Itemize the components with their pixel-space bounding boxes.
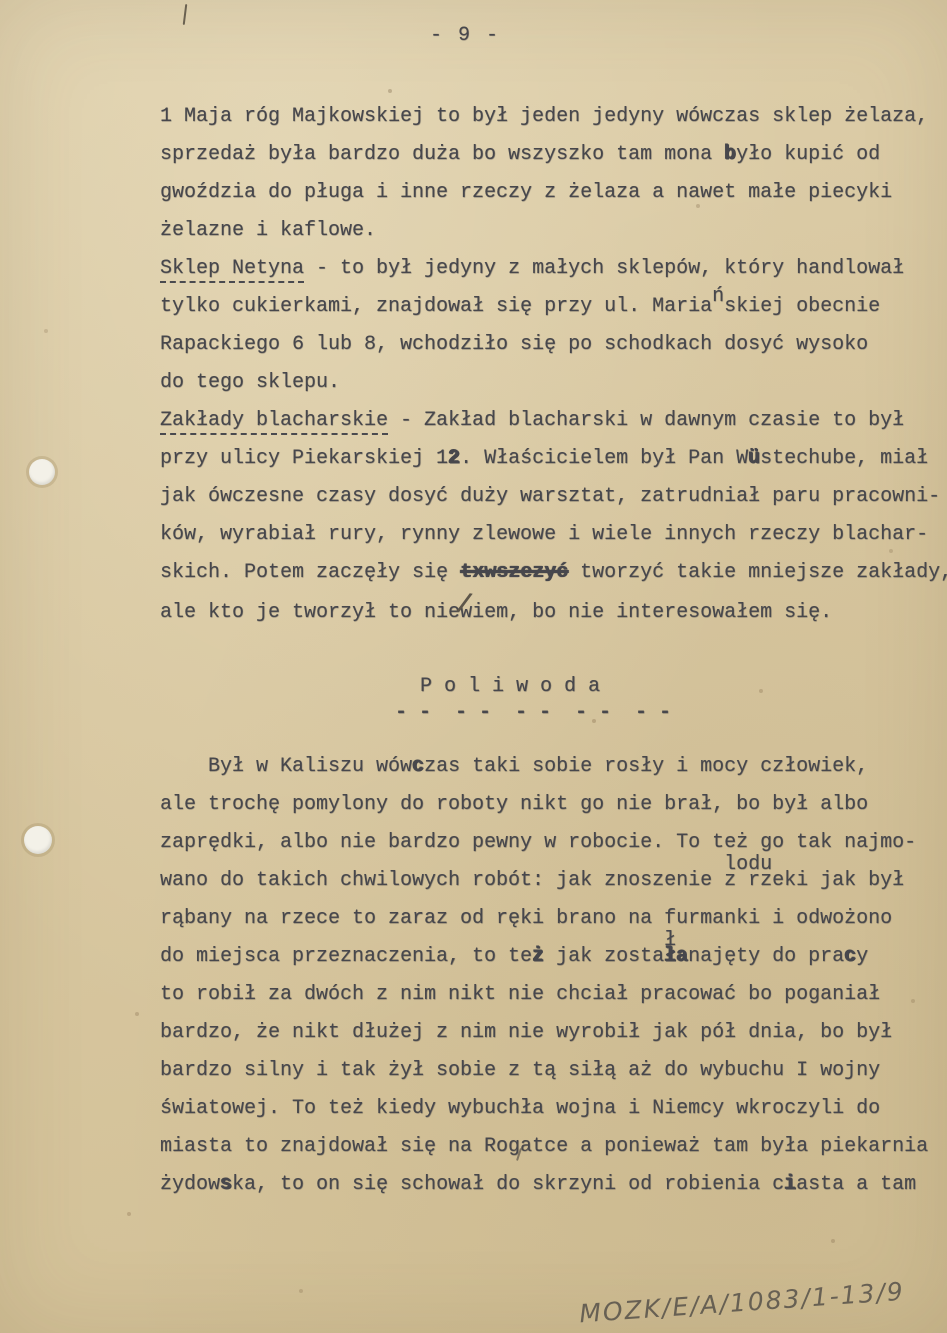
blot-text: c: [412, 755, 424, 778]
hole-punch-bottom: [24, 826, 52, 854]
text-segment: do tego sklepu.: [160, 371, 340, 394]
sup-text: ń: [712, 285, 724, 308]
typed-line: sprzedaż była bardzo duża bo wszyszko ta…: [160, 136, 947, 174]
text-segment: - Zakład blacharski w dawnym czasie to b…: [388, 409, 904, 432]
text-segment: to robił za dwóch z nim nikt nie chciał …: [160, 983, 880, 1006]
text-segment: najęty do pra: [688, 945, 844, 968]
text-segment: - to był jedyny z małych sklepów, który …: [304, 257, 904, 280]
text-segment: żydow: [160, 1173, 220, 1196]
typed-line: światowej. To też kiedy wybuchła wojna i…: [160, 1090, 928, 1128]
text-segment: wiem, bo nie interesowałem się.: [460, 601, 832, 624]
text-segment: 1 Maja róg Majkowskiej to był jeden jedy…: [160, 105, 928, 128]
text-segment: asta a tam: [796, 1173, 916, 1196]
typed-line: bardzo silny i tak żył sobie z tą siłą a…: [160, 1052, 928, 1090]
blot-text: ż: [532, 945, 544, 968]
text-segment: tylko cukierkami, znajdował się przy ul.…: [160, 295, 712, 318]
typed-line: miasta to znajdował się na Rogatce a pon…: [160, 1128, 928, 1166]
text-segment: żelazne i kaflowe.: [160, 219, 376, 242]
text-segment: tworzyć takie mniejsze zakłady,: [568, 561, 947, 584]
typed-line: tylko cukierkami, znajdował się przy ul.…: [160, 288, 947, 326]
text-segment: rąbany na rzece to zaraz od ręki brano n…: [160, 907, 892, 930]
blot-text: s: [220, 1173, 232, 1196]
typed-line: zaprędki, albo nie bardzo pewny w roboci…: [160, 824, 928, 862]
typed-block-2: Był w Kaliszu wówczas taki sobie rosły i…: [160, 748, 928, 1204]
text-segment: stechube, miał: [760, 447, 928, 470]
blot-text: c: [844, 945, 856, 968]
text-segment: jak zosta: [544, 945, 664, 968]
text-segment: przy ulicy Piekarskiej 1: [160, 447, 448, 470]
typed-line: Był w Kaliszu wówczas taki sobie rosły i…: [160, 748, 928, 786]
text-segment: bardzo silny i tak żył sobie z tą siłą a…: [160, 1059, 880, 1082]
typed-line: przy ulicy Piekarskiej 12. Właścicielem …: [160, 440, 947, 478]
typed-line: gwoździa do pługa i inne rzeczy z żelaza…: [160, 174, 947, 212]
text-segment: ale trochę pomylony do roboty nikt go ni…: [160, 793, 868, 816]
text-segment: zaprędki, albo nie bardzo pewny w roboci…: [160, 831, 916, 854]
text-segment: światowej. To też kiedy wybuchła wojna i…: [160, 1097, 880, 1120]
typed-line: skich. Potem zaczęły się txwszezyć tworz…: [160, 554, 947, 592]
typed-line: ków, wyrabiał rury, rynny zlewowe i wiel…: [160, 516, 947, 554]
archival-reference: MOZK/E/A/1083/1-13/9: [578, 1277, 905, 1329]
text-segment: Rapackiego 6 lub 8, wchodziło się po sch…: [160, 333, 868, 356]
typed-line: Rapackiego 6 lub 8, wchodziło się po sch…: [160, 326, 947, 364]
text-segment: skiej obecnie: [724, 295, 880, 318]
text-segment: y: [856, 945, 868, 968]
text-segment: bardzo, że nikt dłużej z nim nie wyrobił…: [160, 1021, 892, 1044]
typed-line: ale kto je tworzył to nie/wiem, bo nie i…: [160, 592, 947, 630]
typed-line: bardzo, że nikt dłużej z nim nie wyrobił…: [160, 1014, 928, 1052]
text-segment: ków, wyrabiał rury, rynny zlewowe i wiel…: [160, 523, 928, 546]
typed-line: wano do takich chwilowych robót: jak zno…: [160, 862, 928, 900]
text-segment: ale kto je tworzył to nie: [160, 601, 460, 624]
paper-specks: [0, 0, 2, 2]
text-segment: Był w Kaliszu wów: [160, 755, 412, 778]
text-segment: zas taki sobie rosły i mocy człowiek,: [424, 755, 868, 778]
blot-text: 2: [448, 447, 460, 470]
underline-text: Sklep Netyna: [160, 257, 304, 283]
typed-line: to robił za dwóch z nim nikt nie chciał …: [160, 976, 928, 1014]
text-segment: gwoździa do pługa i inne rzeczy z żelaza…: [160, 181, 892, 204]
typed-line: Sklep Netyna - to był jedyny z małych sk…: [160, 250, 947, 288]
hole-punch-top: [29, 459, 55, 485]
blot-text: i: [784, 1173, 796, 1196]
typed-line: ale trochę pomylony do roboty nikt go ni…: [160, 786, 928, 824]
typed-block-1: 1 Maja róg Majkowskiej to był jeden jedy…: [160, 98, 947, 630]
strike-text: txwszezyć: [460, 561, 568, 584]
heading-underline: - - - - - - - - - -: [395, 694, 671, 732]
ink-mark: [183, 4, 188, 25]
typed-line: do miejsca przeznaczenia, to też jak zos…: [160, 938, 928, 976]
text-segment: yło kupić od: [736, 143, 880, 166]
text-segment: . Właścicielem był Pan W: [460, 447, 748, 470]
typed-line: 1 Maja róg Majkowskiej to był jeden jedy…: [160, 98, 947, 136]
text-segment: do miejsca przeznaczenia, to te: [160, 945, 532, 968]
text-segment: miasta to znajdował się na Rogatce a pon…: [160, 1135, 928, 1158]
typed-line: Zakłady blacharskie - Zakład blacharski …: [160, 402, 947, 440]
blot-text: ü: [748, 447, 760, 470]
typed-line: żelazne i kaflowe.: [160, 212, 947, 250]
text-segment: wano do takich chwilowych robót: jak zno…: [160, 869, 724, 892]
blot-text: b: [724, 143, 736, 166]
typed-line: do tego sklepu.: [160, 364, 947, 402]
page-number: - 9 -: [430, 26, 500, 46]
text-segment: ka, to on się schował do skrzyni od robi…: [232, 1173, 784, 1196]
document-page: - 9 - 1 Maja róg Majkowskiej to był jede…: [0, 0, 947, 1333]
underline-text: Zakłady blacharskie: [160, 409, 388, 435]
typed-line: rąbany na rzece to zaraz od ręki brano n…: [160, 900, 928, 938]
text-segment: jak ówczesne czasy dosyć duży warsztat, …: [160, 485, 940, 508]
typed-line: żydowska, to on się schował do skrzyni o…: [160, 1166, 928, 1204]
text-segment: sprzedaż była bardzo duża bo wszyszko ta…: [160, 143, 724, 166]
typed-line: jak ówczesne czasy dosyć duży warsztat, …: [160, 478, 947, 516]
text-segment: skich. Potem zaczęły się: [160, 561, 460, 584]
